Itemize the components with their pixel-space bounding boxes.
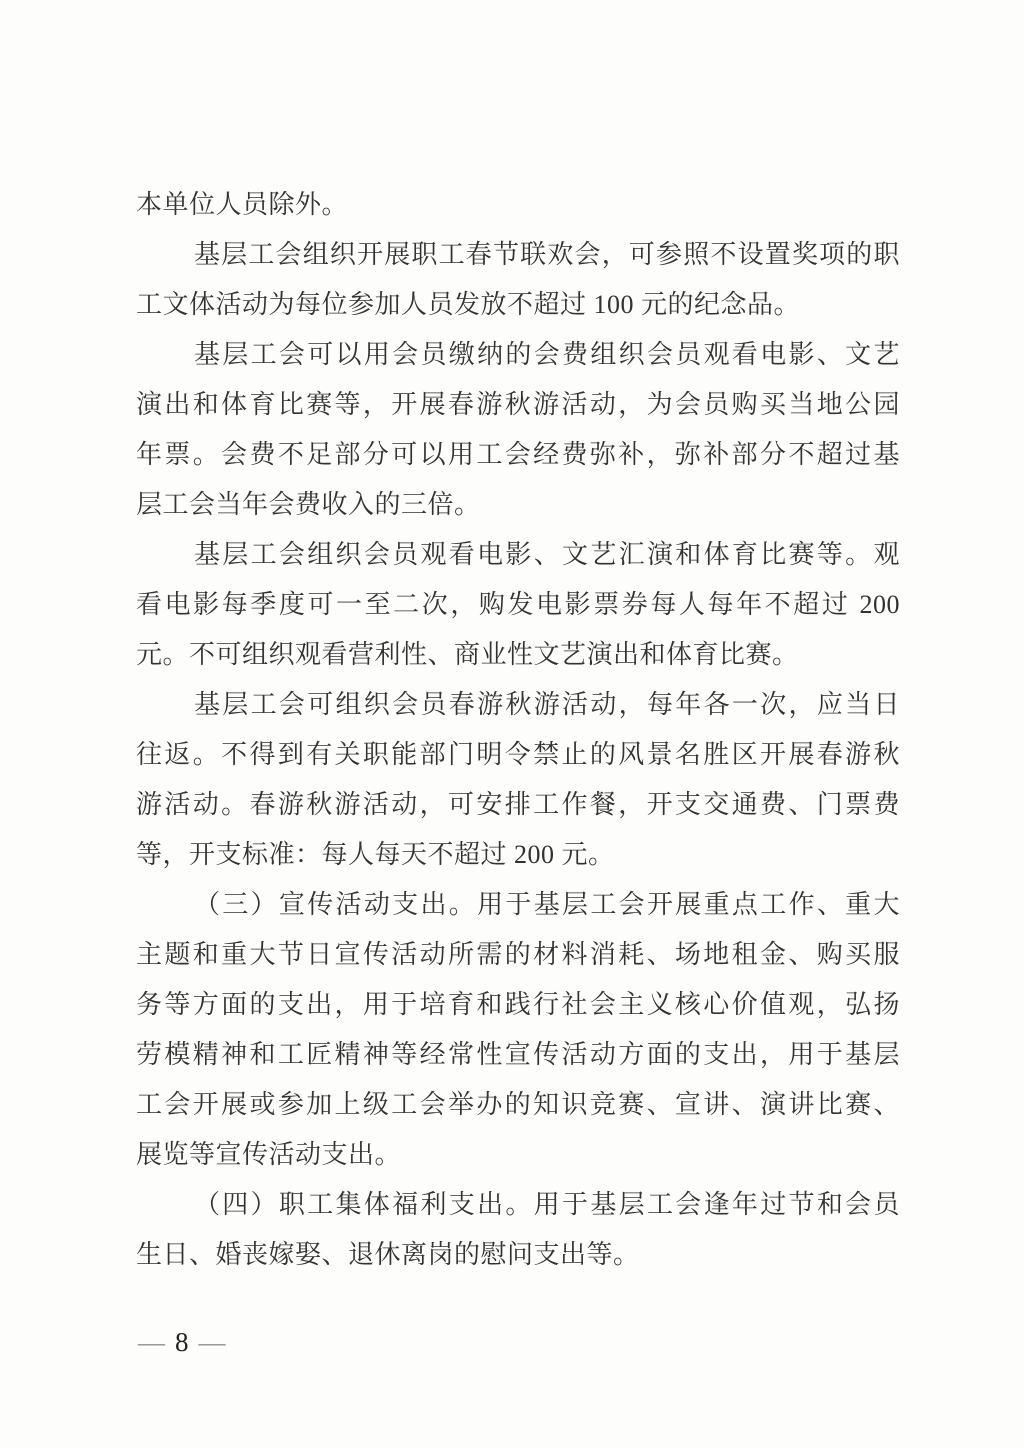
page-footer: — 8 — — [138, 1324, 226, 1360]
text-line: 展览等宣传活动支出。 — [136, 1130, 900, 1180]
page-number: 8 — [173, 1324, 191, 1360]
text-line: 基层工会组织会员观看电影、文艺汇演和体育比赛等。观 — [136, 530, 900, 580]
text-line: 劳模精神和工匠精神等经常性宣传活动方面的支出，用于基层 — [136, 1030, 900, 1080]
footer-dash-right: — — [199, 1324, 226, 1360]
text-line: 看电影每季度可一至二次，购发电影票券每人每年不超过 200 — [136, 580, 900, 630]
document-page: 本单位人员除外。基层工会组织开展职工春节联欢会，可参照不设置奖项的职工文体活动为… — [0, 0, 1024, 1448]
text-line: （四）职工集体福利支出。用于基层工会逢年过节和会员 — [136, 1180, 900, 1230]
footer-dash-left: — — [138, 1324, 165, 1360]
text-line: 基层工会组织开展职工春节联欢会，可参照不设置奖项的职 — [136, 230, 900, 280]
text-line: 等，开支标准：每人每天不超过 200 元。 — [136, 830, 900, 880]
text-line: 往返。不得到有关职能部门明令禁止的风景名胜区开展春游秋 — [136, 730, 900, 780]
text-line: 生日、婚丧嫁娶、退休离岗的慰问支出等。 — [136, 1230, 900, 1280]
text-line: 务等方面的支出，用于培育和践行社会主义核心价值观，弘扬 — [136, 980, 900, 1030]
text-line: 本单位人员除外。 — [136, 180, 900, 230]
text-line: 游活动。春游秋游活动，可安排工作餐，开支交通费、门票费 — [136, 780, 900, 830]
text-line: 工文体活动为每位参加人员发放不超过 100 元的纪念品。 — [136, 280, 900, 330]
text-line: 工会开展或参加上级工会举办的知识竞赛、宣讲、演讲比赛、 — [136, 1080, 900, 1130]
text-line: （三）宣传活动支出。用于基层工会开展重点工作、重大 — [136, 880, 900, 930]
text-line: 演出和体育比赛等，开展春游秋游活动，为会员购买当地公园 — [136, 380, 900, 430]
text-line: 年票。会费不足部分可以用工会经费弥补，弥补部分不超过基 — [136, 430, 900, 480]
text-line: 元。不可组织观看营利性、商业性文艺演出和体育比赛。 — [136, 630, 900, 680]
text-line: 主题和重大节日宣传活动所需的材料消耗、场地租金、购买服 — [136, 930, 900, 980]
document-body: 本单位人员除外。基层工会组织开展职工春节联欢会，可参照不设置奖项的职工文体活动为… — [136, 180, 900, 1280]
text-line: 基层工会可组织会员春游秋游活动，每年各一次，应当日 — [136, 680, 900, 730]
text-line: 层工会当年会费收入的三倍。 — [136, 480, 900, 530]
text-line: 基层工会可以用会员缴纳的会费组织会员观看电影、文艺 — [136, 330, 900, 380]
